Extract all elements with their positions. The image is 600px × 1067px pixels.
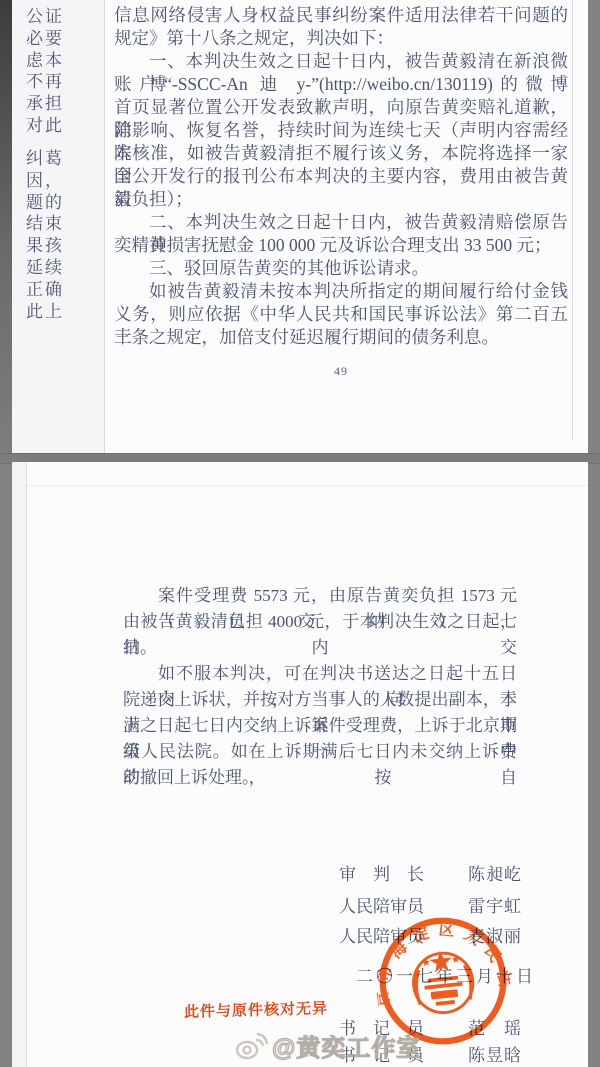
margin-row: 必要 — [26, 28, 78, 50]
text-line: 除影响、恢复名誉，持续时间为连续七天（声明内容需经本 — [114, 119, 568, 142]
page-number: 49 — [114, 364, 568, 379]
text-line: 信息网络侵害人身权益民事纠纷案件适用法律若干问题的 — [114, 4, 568, 27]
text-line: 账户“-SSCC-An 迪 y-”(http://weibo.cn/130119… — [114, 73, 568, 96]
text-line: 三条之规定，加倍支付延迟履行期间的债务利息。 — [114, 326, 568, 349]
margin-row: 纠葛 — [26, 148, 78, 170]
margin-row: 虑本 — [26, 50, 78, 72]
costs-and-appeal-text: 案件受理费 5573 元，由原告黄奕负担 1573 元（已交纳）， 由被告黄毅清… — [123, 583, 517, 791]
text-line: 如不服本判决，可在判决书送达之日起十五日内，向本 — [123, 661, 517, 687]
page2-top-seam — [26, 485, 588, 486]
text-line: 清负担）； — [114, 188, 568, 211]
text-line: 级人民法院。如在上诉期满后七日内未交纳上诉费的，按自 — [123, 739, 517, 765]
page2-left-sliver — [12, 462, 27, 1067]
national-emblem — [410, 947, 476, 1015]
verification-stamp-text: 此件与原件核对无异 — [184, 997, 329, 1022]
text-line: 三、驳回原告黄奕的其他诉讼请求。 — [114, 257, 568, 280]
text-line: 由被告黄毅清负担 4000 元，于本判决生效之日起七日内交 — [123, 609, 517, 635]
text-line: 如被告黄毅清未按本判决所指定的期间履行给付金钱 — [114, 280, 568, 303]
role-label: 审 判 长 — [339, 860, 425, 885]
weibo-logo-icon — [234, 1031, 268, 1061]
text-line: 首页显著位置公开发表致歉声明，向原告黄奕赔礼道歉，消 — [114, 96, 568, 119]
text-line: 奕精神损害抚慰金 100 000 元及诉讼合理支出 33 500 元； — [114, 234, 568, 257]
margin-text-column-upper: 公证 必要 虑本 不再 承担 对此 — [26, 6, 78, 137]
text-line: 义务，则应依据《中华人民共和国民事诉讼法》第二百五十 — [114, 303, 568, 326]
margin-row: 公证 — [26, 6, 78, 28]
judge-name: 陈昶屹 — [468, 860, 522, 885]
watermark-handle: @黄奕工作室 — [272, 1028, 421, 1063]
margin-row: 因， — [26, 170, 78, 192]
margin-row: 结束 — [26, 213, 78, 235]
judgment-photo-screenshot: 公证 必要 虑本 不再 承担 对此 纠葛 因， 题的 结束 果孩 延续 正确 此… — [0, 0, 600, 1067]
page-edge-shadow — [0, 0, 12, 453]
margin-text-column-lower: 纠葛 因， 题的 结束 果孩 延续 正确 此上 — [26, 148, 78, 322]
judgment-page-1: 公证 必要 虑本 不再 承担 对此 纠葛 因， 题的 结束 果孩 延续 正确 此… — [12, 0, 588, 453]
text-line: 院递交上诉状，并按对方当事人的人数提出副本，于上诉期 — [123, 687, 517, 713]
role-label: 人民陪审员 — [339, 892, 425, 917]
judgment-body-text: 信息网络侵害人身权益民事纠纷案件适用法律若干问题的 规定》第十八条之规定，判决如… — [114, 4, 568, 349]
margin-row: 不再 — [26, 71, 78, 93]
text-line: 案件受理费 5573 元，由原告黄奕负担 1573 元（已交纳）， — [123, 583, 517, 609]
margin-row: 承担 — [26, 93, 78, 115]
margin-row: 对此 — [26, 115, 78, 137]
text-line: 满之日起七日内交纳上诉案件受理费，上诉于北京市第一中 — [123, 713, 517, 739]
text-line: 二、本判决生效之日起十日内，被告黄毅清赔偿原告黄 — [114, 211, 568, 234]
margin-row: 果孩 — [26, 235, 78, 257]
judgment-page-2: 案件受理费 5573 元，由原告黄奕负担 1573 元（已交纳）， 由被告黄毅清… — [12, 462, 588, 1067]
margin-row: 此上 — [26, 301, 78, 323]
margin-row: 延续 — [26, 257, 78, 279]
presiding-judge-row: 审 判 长陈昶屹 — [339, 860, 522, 885]
text-line: 一、本判决生效之日起十日内，被告黄毅清在新浪微博 — [114, 50, 568, 73]
text-line: 规定》第十八条之规定，判决如下： — [114, 27, 568, 50]
weibo-watermark: @黄奕工作室 — [234, 1028, 421, 1063]
page1-right-seam — [572, 0, 573, 440]
text-line: 院核准，如被告黄毅清拒不履行该义务，本院将选择一家全 — [114, 142, 568, 165]
margin-row: 题的 — [26, 192, 78, 214]
margin-row: 正确 — [26, 279, 78, 301]
text-line: 国公开发行的报刊公布本判决的主要内容，费用由被告黄毅 — [114, 165, 568, 188]
